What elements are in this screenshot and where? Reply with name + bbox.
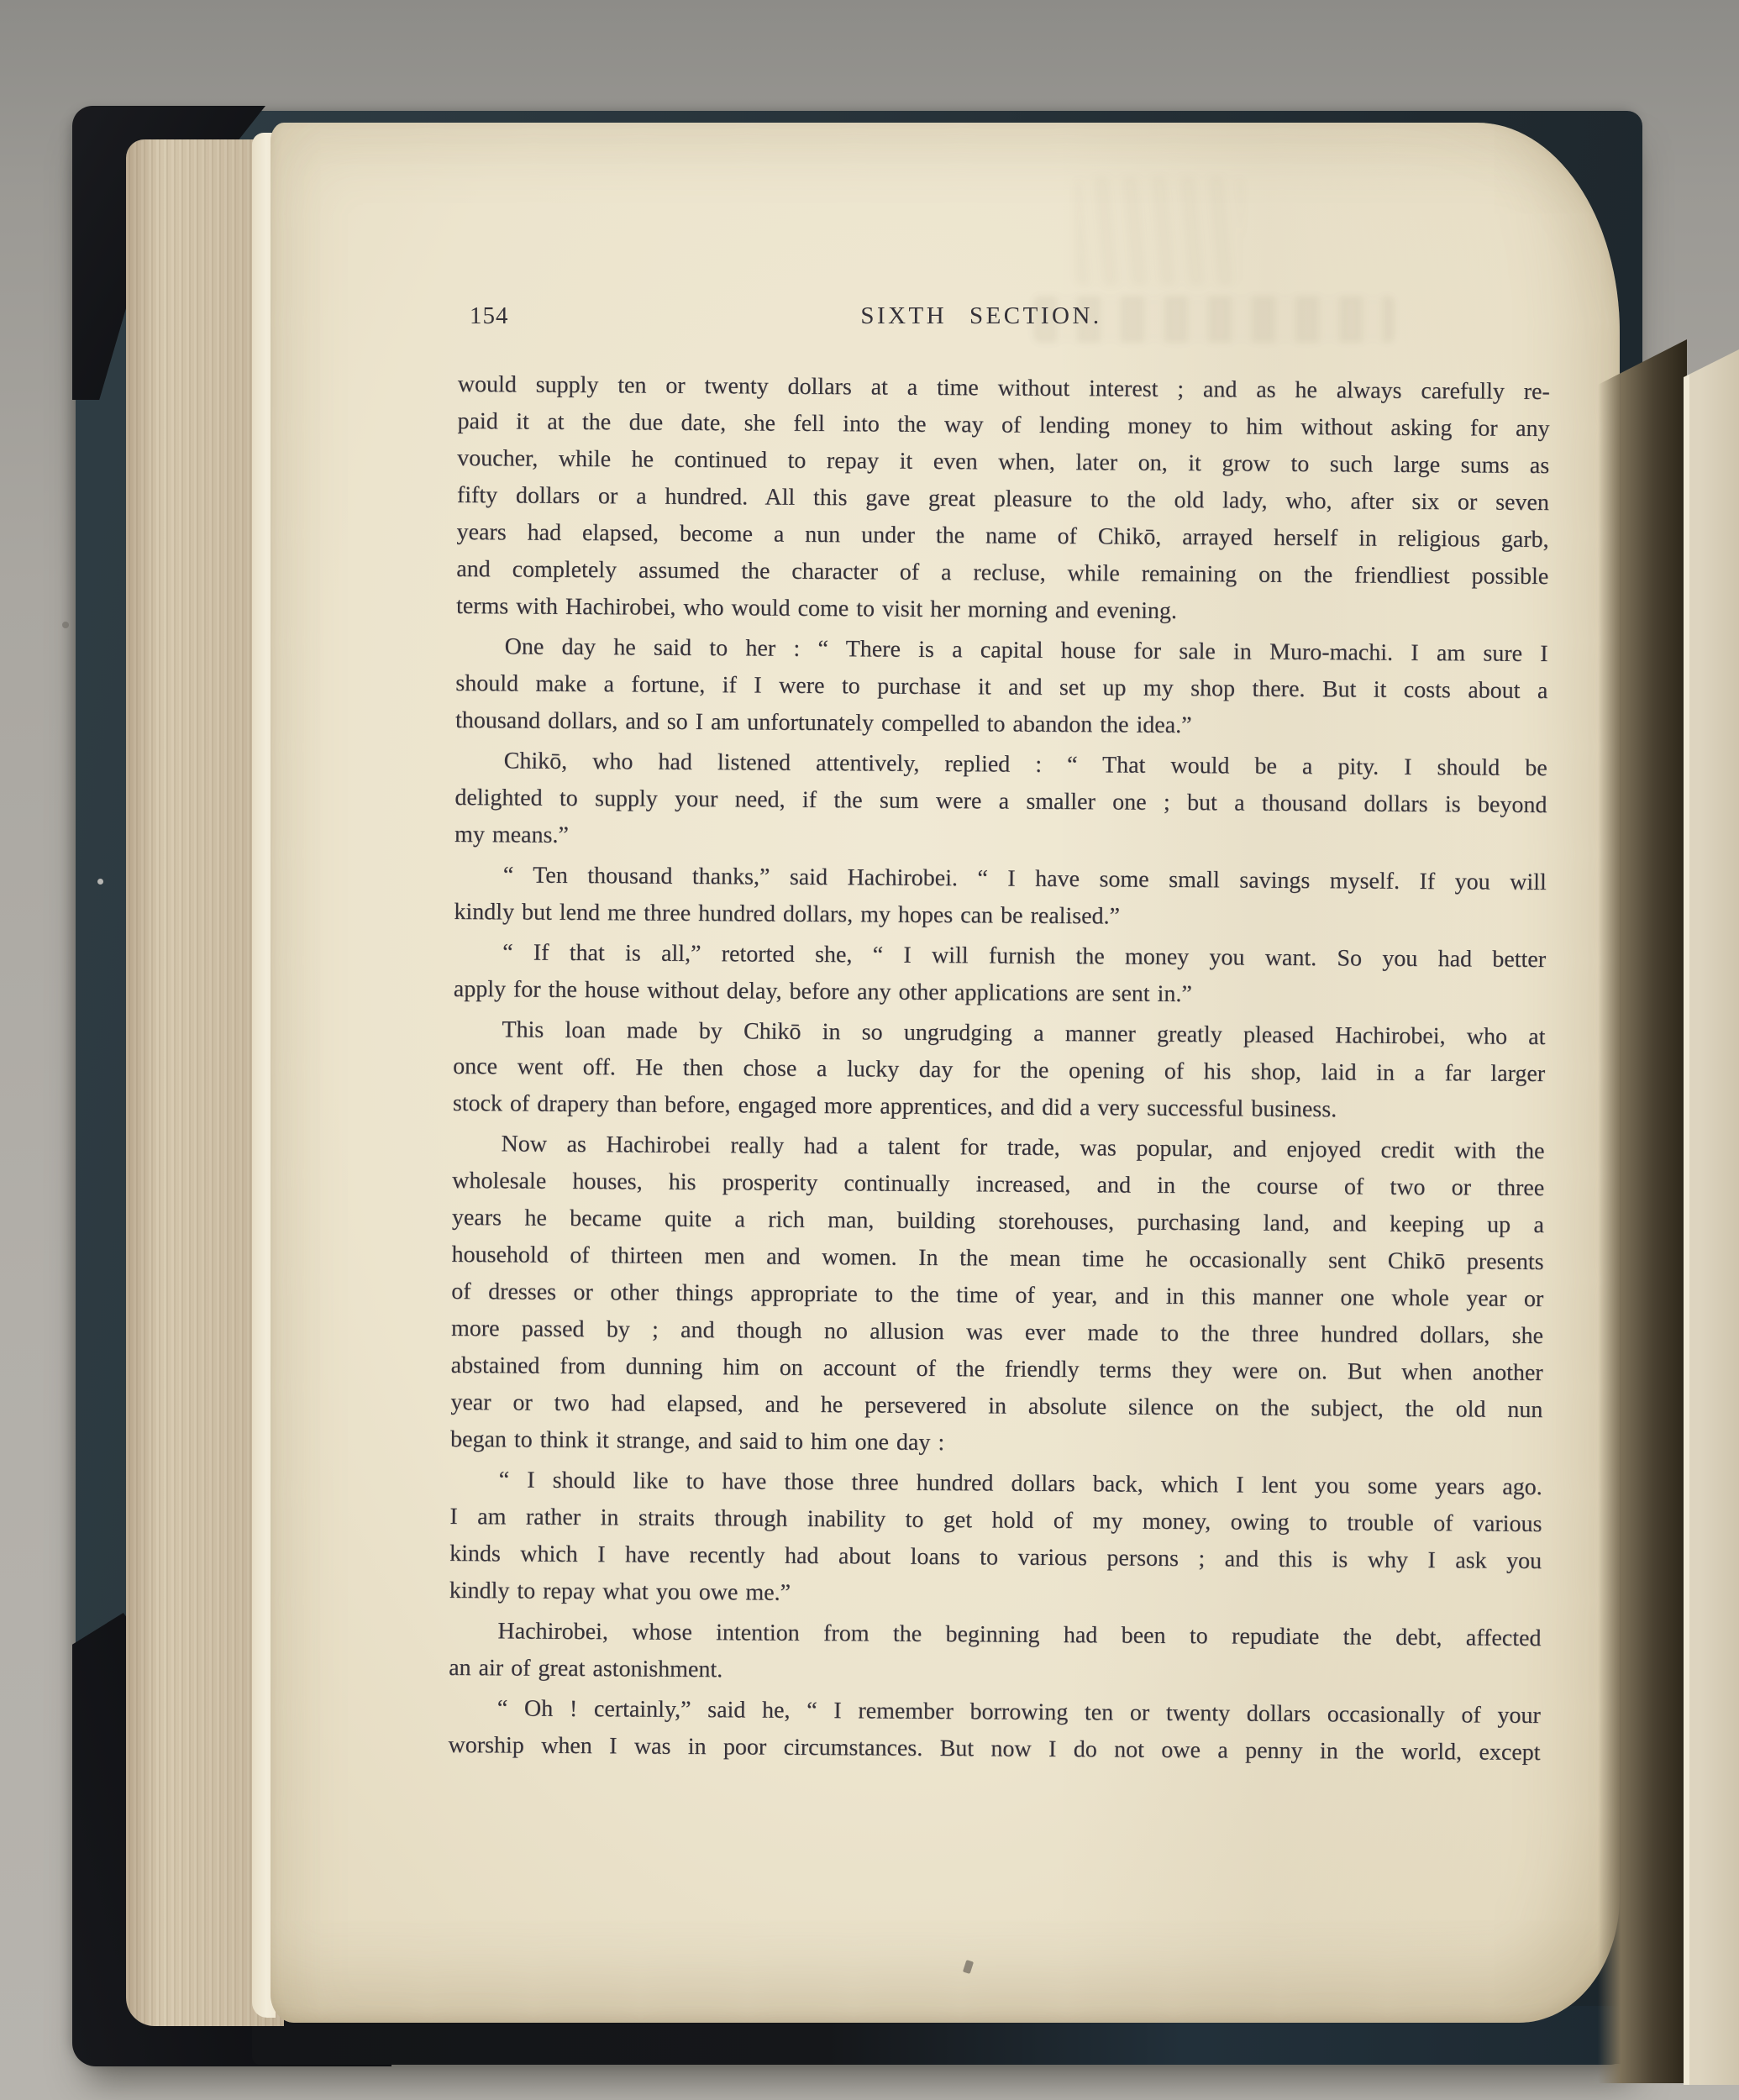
page-header-row: 154 SIXTH SECTION. <box>458 301 1550 339</box>
text-line: kindly but lend me three hundred dollars… <box>454 894 1546 938</box>
text-line: terms with Hachirobei, who would come to… <box>456 588 1548 633</box>
ink-show-through-smudge <box>1075 176 1243 286</box>
text-line: thousand dollars, and so I am unfortunat… <box>455 702 1547 747</box>
page-number: 154 <box>470 302 509 330</box>
text-line: stock of drapery than before, engaged mo… <box>453 1085 1545 1130</box>
next-page-edge <box>1684 349 1739 2085</box>
text-line: kindly to repay what you owe me.” <box>449 1572 1542 1617</box>
running-header: SIXTH SECTION. <box>813 302 1149 330</box>
gutter-shadow <box>1598 339 1687 2083</box>
page-body: would supply ten or twenty dollars at a … <box>448 366 1550 1772</box>
text-line: worship when I was in poor circumstances… <box>448 1727 1540 1772</box>
text-line: began to think it strange, and said to h… <box>450 1421 1542 1466</box>
text-line: an air of great astonishment. <box>449 1650 1541 1694</box>
text-line: apply for the house without delay, befor… <box>454 971 1546 1016</box>
photo-of-open-book: { "book_page": { "page_number": "154", "… <box>0 0 1739 2100</box>
dust-speck <box>97 879 103 885</box>
text-line: delighted to supply your need, if the su… <box>454 780 1547 824</box>
dust-speck <box>62 622 69 628</box>
text-line: my means.” <box>454 816 1547 861</box>
